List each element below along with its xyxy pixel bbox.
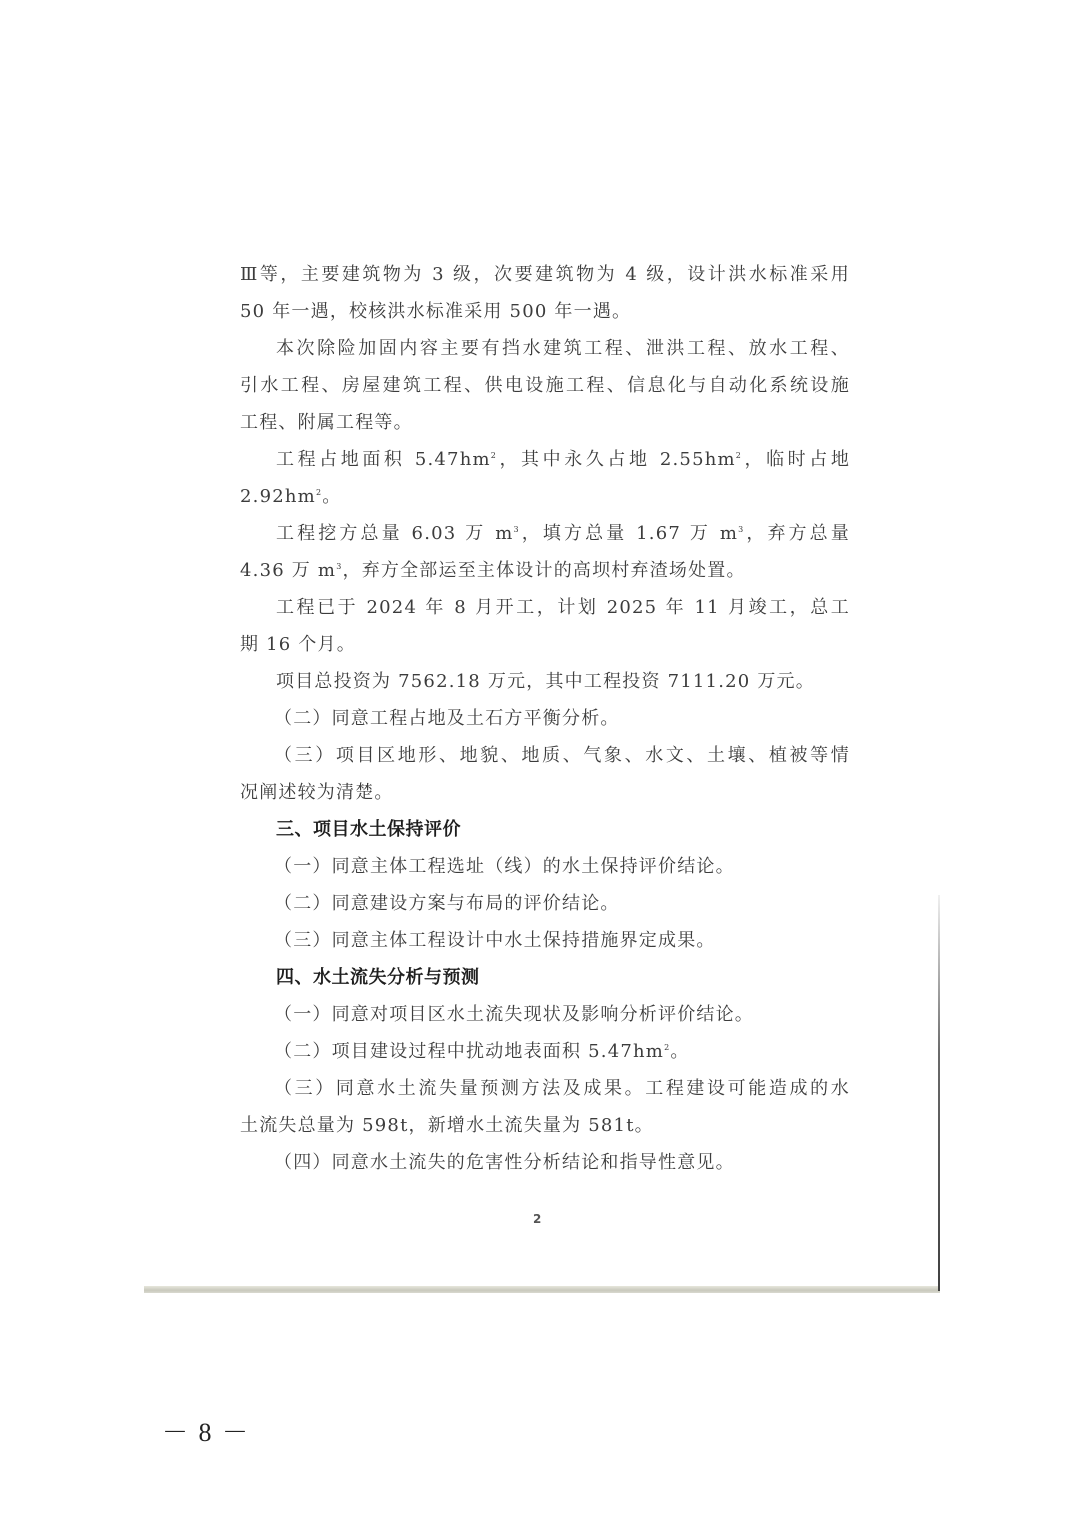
paragraph-line: 本次除险加固内容主要有挡水建筑工程、泄洪工程、放水工程、 [240, 330, 850, 367]
list-item: （三）同意水土流失量预测方法及成果。工程建设可能造成的水 [240, 1070, 850, 1107]
list-item: （三）项目区地形、地貌、地质、气象、水文、土壤、植被等情 [240, 737, 850, 774]
list-item: 况阐述较为清楚。 [240, 774, 850, 811]
list-item: （一）同意对项目区水土流失现状及影响分析评价结论。 [240, 996, 850, 1033]
earthwork-line: 工程挖方总量 6.03 万 m3，填方总量 1.67 万 m3，弃方总量 [240, 515, 850, 552]
list-item: （三）同意主体工程设计中水土保持措施界定成果。 [240, 922, 850, 959]
list-item: 土流失总量为 598t，新增水土流失量为 581t。 [240, 1107, 850, 1144]
list-item: （二）同意工程占地及土石方平衡分析。 [240, 700, 850, 737]
list-item: （一）同意主体工程选址（线）的水土保持评价结论。 [240, 848, 850, 885]
earthwork-line: 4.36 万 m3，弃方全部运至主体设计的高坝村弃渣场处置。 [240, 552, 850, 589]
scan-right-edge [938, 895, 940, 1291]
scan-bottom-edge [144, 1286, 940, 1293]
paragraph-line: 工程、附属工程等。 [240, 404, 850, 441]
land-area-line: 2.92hm2。 [240, 478, 850, 515]
paragraph-line: 引水工程、房屋建筑工程、供电设施工程、信息化与自动化系统设施 [240, 367, 850, 404]
document-body: Ⅲ等，主要建筑物为 3 级，次要建筑物为 4 级，设计洪水标准采用 50 年一遇… [240, 256, 850, 1181]
inner-page-number: 2 [533, 1212, 541, 1226]
investment-line: 项目总投资为 7562.18 万元，其中工程投资 7111.20 万元。 [240, 663, 850, 700]
paragraph-line: Ⅲ等，主要建筑物为 3 级，次要建筑物为 4 级，设计洪水标准采用 [240, 256, 850, 293]
paragraph-line: 50 年一遇，校核洪水标准采用 500 年一遇。 [240, 293, 850, 330]
schedule-line: 工程已于 2024 年 8 月开工，计划 2025 年 11 月竣工，总工 [240, 589, 850, 626]
list-item: （二）项目建设过程中扰动地表面积 5.47hm2。 [240, 1033, 850, 1070]
section-heading: 三、项目水土保持评价 [240, 811, 850, 848]
schedule-line: 期 16 个月。 [240, 626, 850, 663]
list-item: （四）同意水土流失的危害性分析结论和指导性意见。 [240, 1144, 850, 1181]
land-area-line: 工程占地面积 5.47hm2，其中永久占地 2.55hm2，临时占地 [240, 441, 850, 478]
section-heading: 四、水土流失分析与预测 [240, 959, 850, 996]
outer-page-number: － 8 － [162, 1412, 250, 1449]
list-item: （二）同意建设方案与布局的评价结论。 [240, 885, 850, 922]
